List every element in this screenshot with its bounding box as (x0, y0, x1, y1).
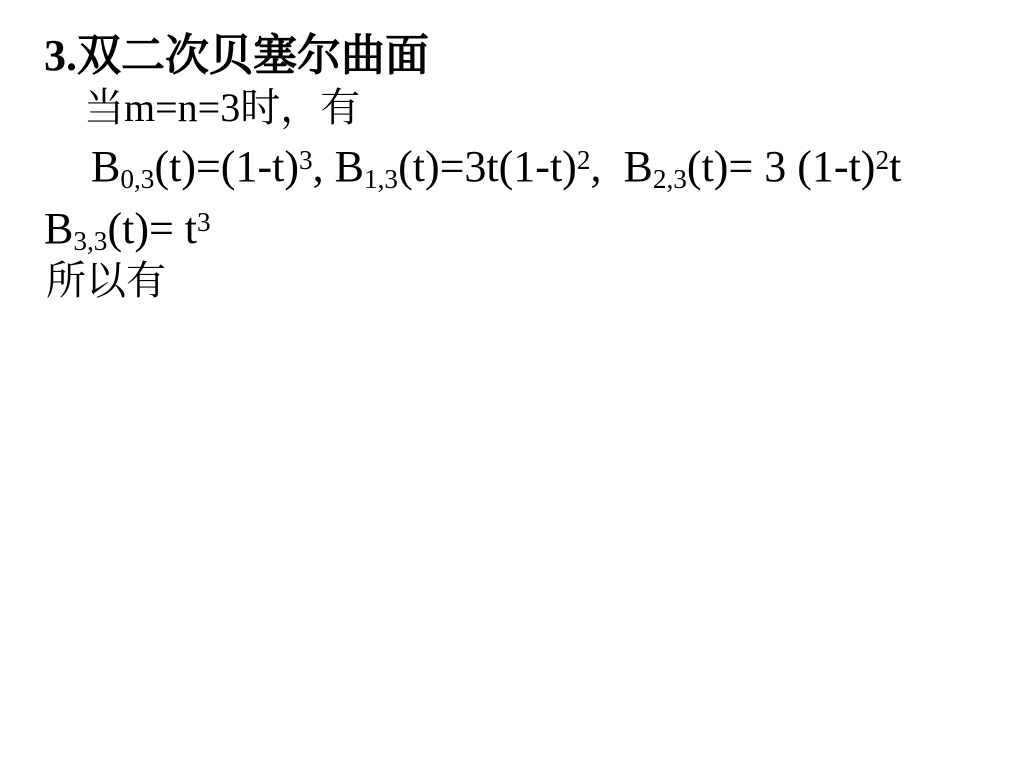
formula-segment: t (889, 142, 901, 191)
formula-subscript: 0,3 (120, 163, 154, 196)
bernstein-formula-line-2: B3,3(t)= t3 (44, 203, 211, 256)
conclusion-text: 所以有 (46, 257, 166, 305)
formula-segment: (t)=3t(1-t) (398, 142, 577, 191)
formula-segment: (t)= t (107, 204, 197, 253)
formula-superscript: 3 (197, 206, 211, 239)
formula-subscript: 3,3 (73, 225, 107, 258)
formula-segment: B (91, 142, 120, 191)
bernstein-formula-line-1: B0,3(t)=(1-t)3, B1,3(t)=3t(1-t)2, B2,3(t… (91, 141, 901, 194)
formula-superscript: 3 (299, 144, 313, 177)
formula-segment: , B (313, 142, 364, 191)
formula-segment: B (44, 204, 73, 253)
condition-text: 当m=n=3时，有 (84, 84, 360, 132)
formula-segment: , B (590, 142, 652, 191)
formula-subscript: 2,3 (653, 163, 687, 196)
formula-subscript: 1,3 (364, 163, 398, 196)
formula-segment: (t)= 3 (1-t) (687, 142, 876, 191)
slide-title: 3.双二次贝塞尔曲面 (44, 30, 429, 83)
formula-superscript: 2 (577, 144, 591, 177)
formula-superscript: 2 (875, 144, 889, 177)
formula-segment: (t)=(1-t) (154, 142, 299, 191)
presentation-slide: 3.双二次贝塞尔曲面 当m=n=3时，有 B0,3(t)=(1-t)3, B1,… (0, 0, 1024, 768)
